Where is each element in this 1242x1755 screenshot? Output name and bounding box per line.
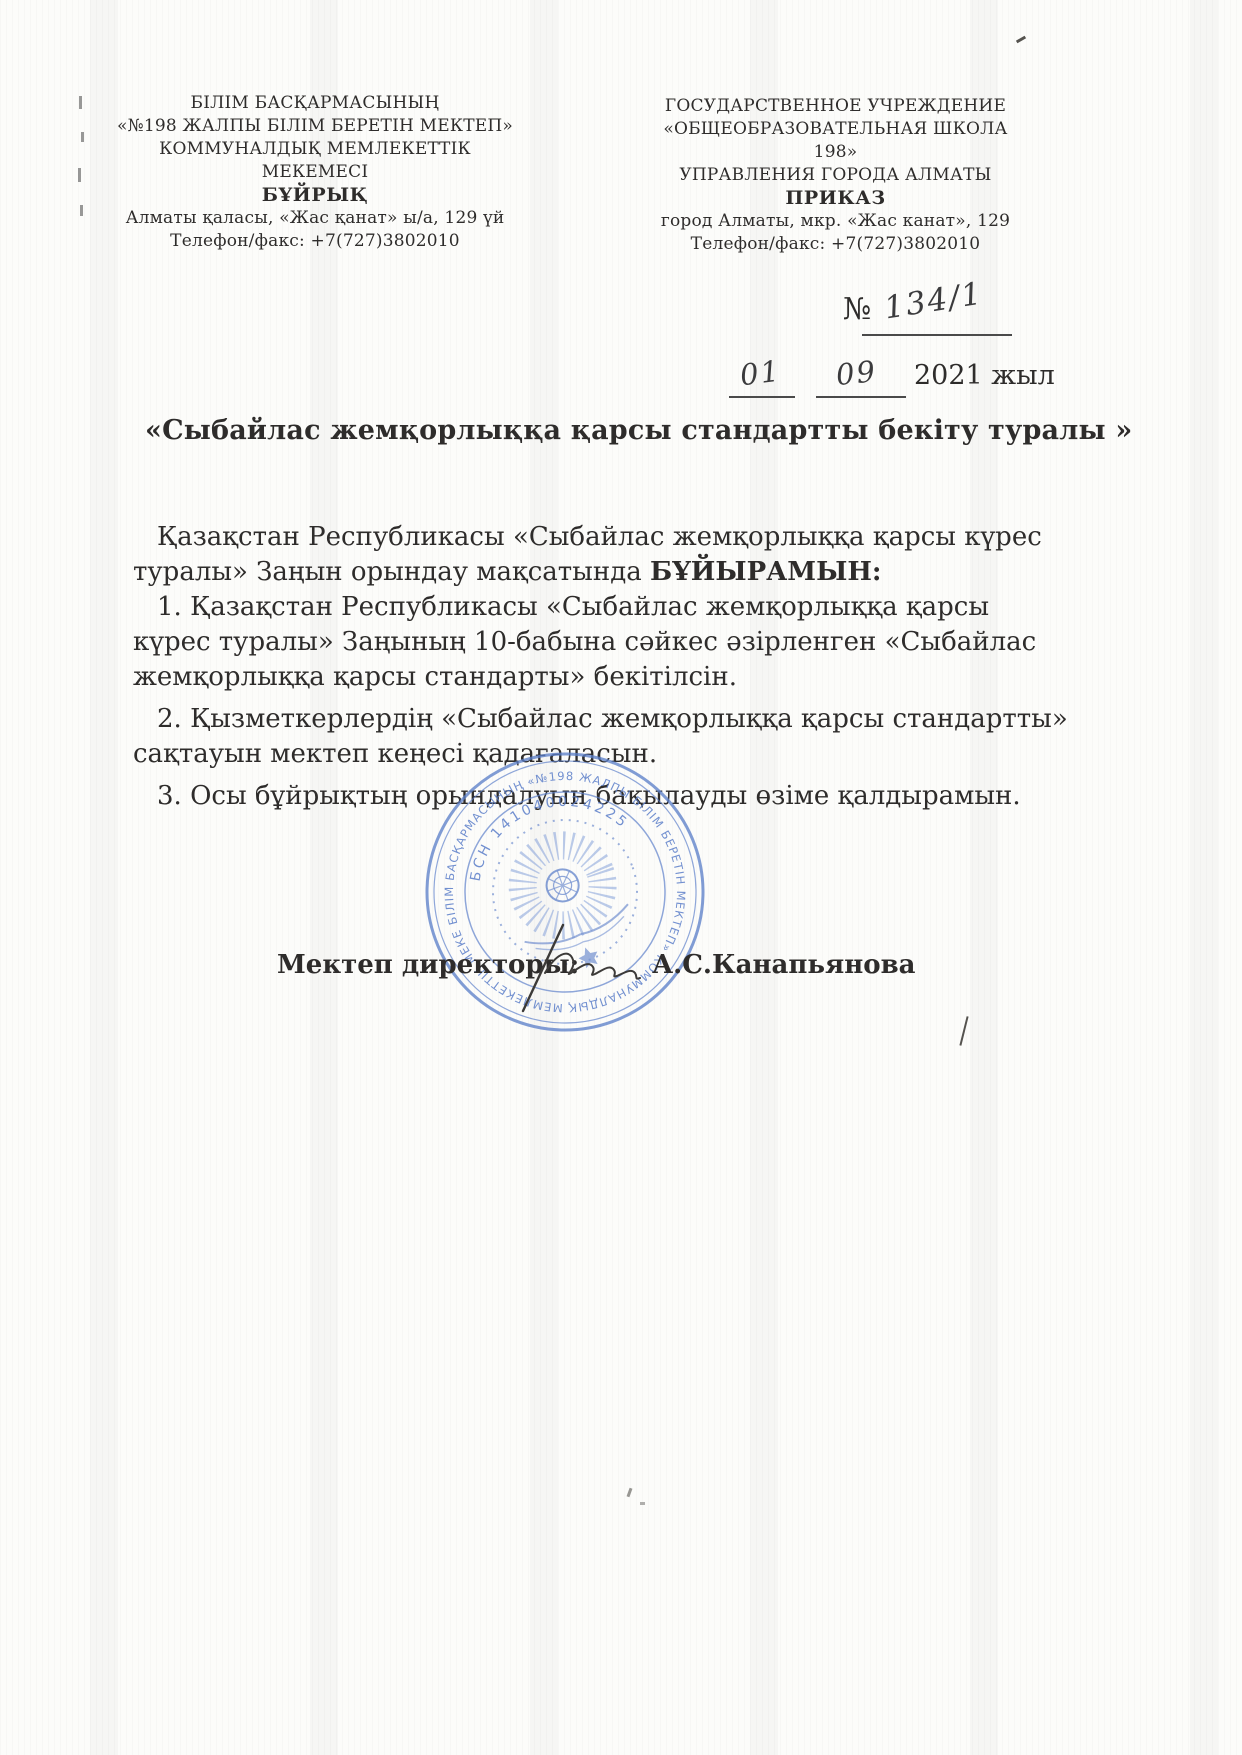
org-phone: Телефон/факс: +7(727)3802010 [115,230,515,253]
pen-mark-artifact [959,1016,968,1046]
org-address: город Алматы, мкр. «Жас канат», 129 [648,210,1023,233]
org-address: Алматы қаласы, «Жас қанат» ы/а, 129 үй [115,207,515,230]
speck-artifact [640,1502,645,1505]
scan-artifact [78,168,81,182]
date-month-underline [816,372,906,398]
intro-text: Қазақстан Республикасы «Сыбайлас жемқорл… [133,522,1042,587]
org-phone: Телефон/факс: +7(727)3802010 [648,233,1023,256]
org-name-line: «№198 ЖАЛПЫ БІЛІМ БЕРЕТІН МЕКТЕП» [115,115,515,138]
order-word: БҰЙЫРАМЫН: [650,557,882,587]
speck-artifact [627,1488,633,1497]
scan-artifact [81,132,84,142]
order-intro: Қазақстан Республикасы «Сыбайлас жемқорл… [133,520,1073,590]
org-name-line: «ОБЩЕОБРАЗОВАТЕЛЬНАЯ ШКОЛА 198» [648,118,1023,164]
date-year: 2021 жыл [914,360,1055,391]
doc-type-russian: ПРИКАЗ [648,187,1023,210]
org-header-russian: ГОСУДАРСТВЕННОЕ УЧРЕЖДЕНИЕ «ОБЩЕОБРАЗОВА… [648,95,1023,256]
signature-name: А.С.Канапьянова [652,950,916,980]
document-page: БІЛІМ БАСҚАРМАСЫНЫҢ «№198 ЖАЛПЫ БІЛІМ БЕ… [0,0,1242,1755]
scan-artifact [79,96,82,109]
corner-mark-artifact [1016,36,1026,44]
org-name-line: БІЛІМ БАСҚАРМАСЫНЫҢ [115,92,515,115]
scan-artifact [80,205,83,216]
org-name-line: УПРАВЛЕНИЯ ГОРОДА АЛМАТЫ [648,164,1023,187]
org-name-line: КОММУНАЛДЫҚ МЕМЛЕКЕТТІК МЕКЕМЕСІ [115,138,515,184]
order-item-1: 1. Қазақстан Республикасы «Сыбайлас жемқ… [133,590,1073,695]
doc-number-underline [862,310,1012,336]
date-day-underline [729,372,795,398]
org-name-line: ГОСУДАРСТВЕННОЕ УЧРЕЖДЕНИЕ [648,95,1023,118]
order-title: «Сыбайлас жемқорлыққа қарсы стандартты б… [145,415,1132,446]
doc-type-kazakh: БҰЙРЫҚ [115,184,515,207]
org-header-kazakh: БІЛІМ БАСҚАРМАСЫНЫҢ «№198 ЖАЛПЫ БІЛІМ БЕ… [115,92,515,253]
